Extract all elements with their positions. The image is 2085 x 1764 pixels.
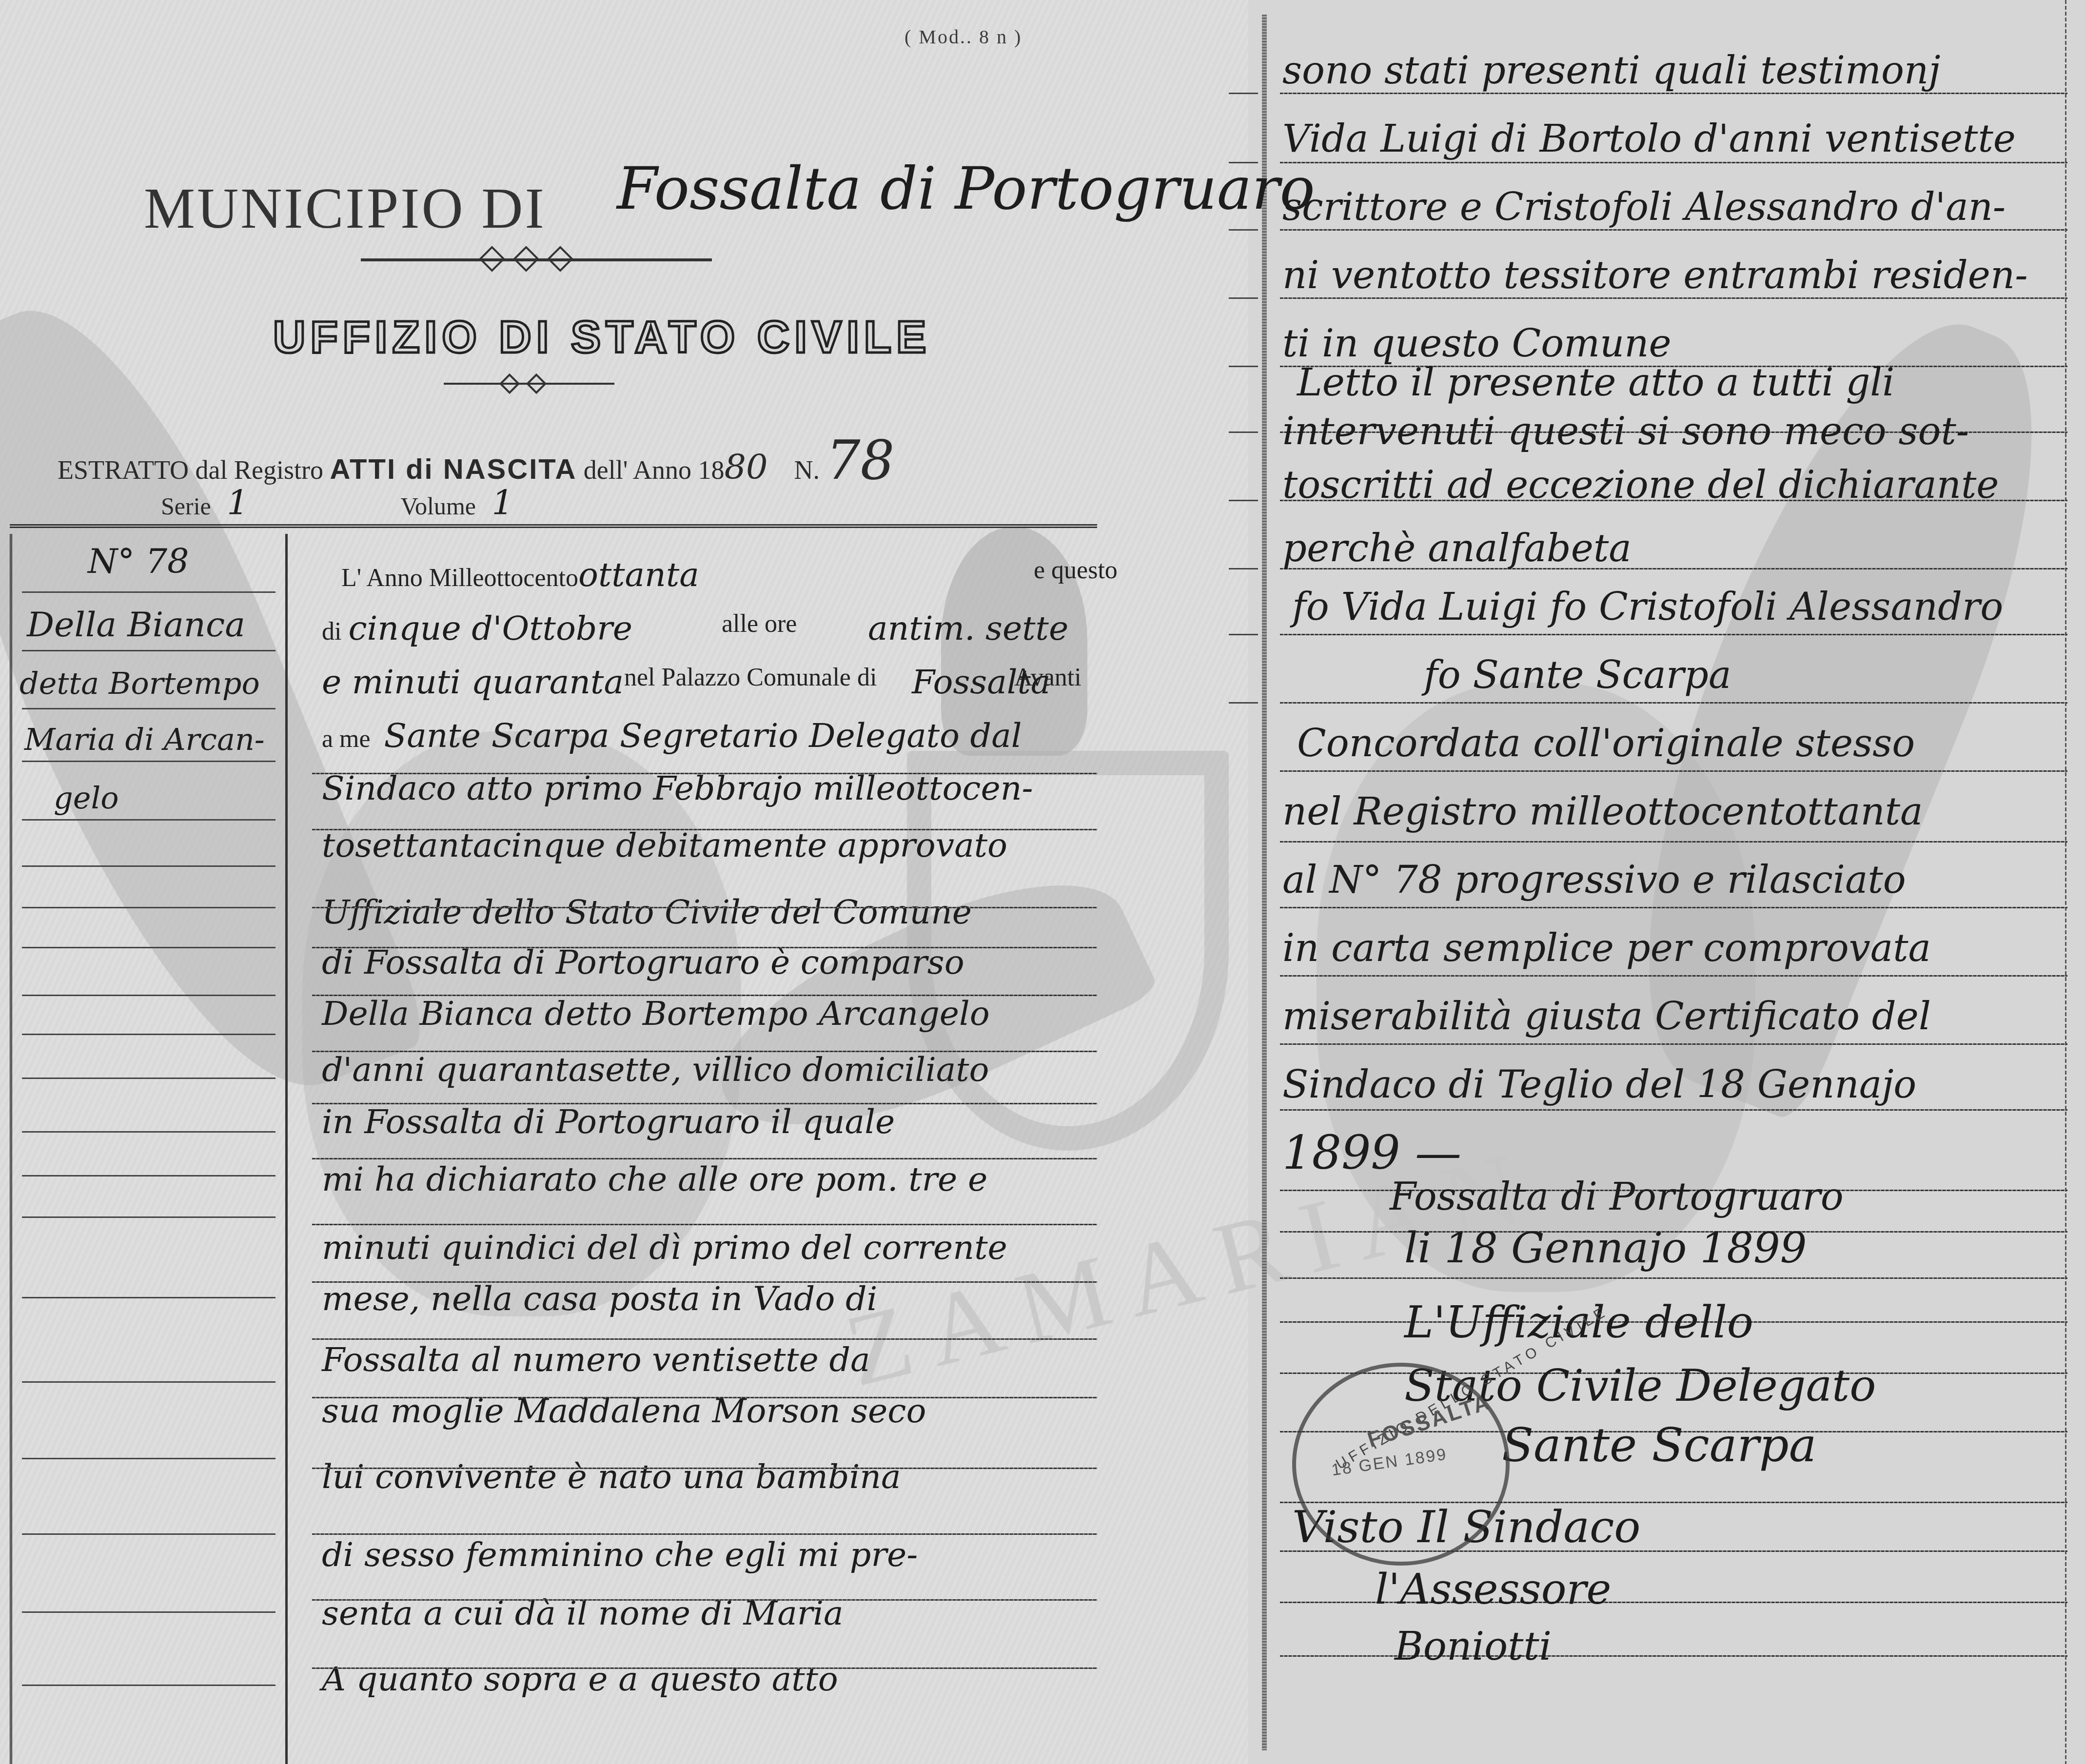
margin-entry-alias: detta Bortempo bbox=[20, 666, 260, 701]
officer-signature: Sante Scarpa bbox=[1502, 1419, 1816, 1472]
number-label: N. bbox=[794, 455, 820, 485]
right-line-18: 1899 — bbox=[1282, 1126, 1461, 1180]
right-line-8: toscritti ad eccezione del dichiarante bbox=[1282, 463, 1999, 507]
main-line-8: di Fossalta di Portogruaro è comparso bbox=[322, 943, 964, 982]
municipio-name: Fossalta di Portogruaro bbox=[617, 155, 1315, 223]
estratto-line: ESTRATTO dal Registro ATTI di NASCITA de… bbox=[58, 429, 895, 491]
serie-value: 1 bbox=[227, 483, 249, 523]
right-page-border bbox=[2065, 0, 2066, 1764]
register-name: ATTI di NASCITA bbox=[330, 453, 577, 485]
main-line-11: in Fossalta di Portogruaro il quale bbox=[322, 1103, 895, 1141]
main-line-17: lui convivente è nato una bambina bbox=[322, 1458, 901, 1496]
main-line-20: A quanto sopra e a questo atto bbox=[322, 1660, 838, 1699]
municipio-label: MUNICIPIO DI bbox=[144, 176, 546, 242]
main-line-9: Della Bianca detto Bortempo Arcangelo bbox=[322, 995, 990, 1033]
right-line-17: Sindaco di Teglio del 18 Gennajo bbox=[1282, 1063, 1916, 1107]
act-number: 78 bbox=[826, 429, 895, 491]
main-line-4: a me Sante Scarpa Segretario Delegato da… bbox=[322, 717, 1022, 755]
right-line-6: Letto il presente atto a tutti gli bbox=[1297, 361, 1894, 405]
assessore-label: l'Assessore bbox=[1375, 1565, 1611, 1614]
right-line-4: ni ventotto tessitore entrambi residen- bbox=[1282, 254, 2028, 297]
margin-entry-number: N° 78 bbox=[88, 541, 189, 581]
main-line-5: Sindaco atto primo Febbrajo milleottocen… bbox=[322, 769, 1033, 808]
main-line-6: tosettantacinque debitamente approvato bbox=[322, 826, 1007, 865]
main-line-10: d'anni quarantasette, villico domiciliat… bbox=[322, 1051, 989, 1089]
main-line-18: di sesso femminino che egli mi pre- bbox=[322, 1536, 918, 1574]
volume-label: Volume bbox=[400, 492, 476, 520]
right-line-3: scrittore e Cristofoli Alessandro d'an- bbox=[1282, 185, 2006, 229]
main-line-15: Fossalta al numero ventisette da bbox=[322, 1341, 870, 1379]
office-title: UFFIZIO DI STATO CIVILE bbox=[273, 312, 931, 363]
margin-entry-name-cont: gelo bbox=[54, 780, 119, 816]
margin-column bbox=[10, 534, 288, 1764]
right-line-2: Vida Luigi di Bortolo d'anni ventisette bbox=[1282, 117, 2016, 161]
page-fold bbox=[1262, 15, 1267, 1750]
year-label: dell' Anno 18 bbox=[584, 455, 725, 485]
volume-value: 1 bbox=[492, 483, 514, 523]
main-line-7: Uffiziale dello Stato Civile del Comune bbox=[322, 893, 972, 932]
right-line-12: Concordata coll'originale stesso bbox=[1297, 722, 1915, 765]
right-line-14: al N° 78 progressivo e rilasciato bbox=[1282, 858, 1906, 902]
place-line: Fossalta di Portogruaro bbox=[1390, 1175, 1844, 1219]
estratto-prefix: ESTRATTO dal Registro bbox=[58, 455, 323, 485]
serie-label: Serie bbox=[161, 492, 211, 520]
main-line-12: mi ha dichiarato che alle ore pom. tre e bbox=[322, 1160, 987, 1199]
main-line-13: minuti quindici del dì primo del corrent… bbox=[322, 1229, 1007, 1267]
right-line-7: intervenuti questi si sono meco sot- bbox=[1282, 410, 1969, 453]
main-line-14: mese, nella casa posta in Vado di bbox=[322, 1280, 877, 1318]
year-handwritten: 80 bbox=[725, 447, 768, 487]
right-line-16: miserabilità giusta Certificato del bbox=[1282, 995, 1931, 1039]
right-line-9: perchè analfabeta bbox=[1282, 527, 1632, 570]
right-line-5: ti in questo Comune bbox=[1282, 322, 1672, 366]
right-line-1: sono stati presenti quali testimonj bbox=[1282, 49, 1940, 93]
main-line-3: e minuti quaranta nel Palazzo Comunale d… bbox=[322, 663, 624, 702]
main-line-1: L' Anno Milleottocentoottanta e questo bbox=[341, 556, 699, 594]
right-line-13: nel Registro milleottocentottanta bbox=[1282, 790, 1923, 834]
right-line-10: fo Vida Luigi fo Cristofoli Alessandro bbox=[1292, 585, 2003, 629]
register-table bbox=[10, 524, 1097, 1764]
margin-entry-name: Maria di Arcan- bbox=[24, 722, 265, 757]
serie-volume-line: Serie 1 Volume 1 bbox=[161, 483, 523, 523]
margin-entry-surname: Della Bianca bbox=[27, 605, 245, 645]
date-line: li 18 Gennajo 1899 bbox=[1404, 1224, 1807, 1273]
main-line-2: di cinque d'Ottobre alle ore antim. sett… bbox=[322, 609, 632, 648]
right-line-15: in carta semplice per comprovata bbox=[1282, 926, 1931, 970]
right-line-11: fo Sante Scarpa bbox=[1424, 653, 1731, 697]
assessore-signature: Boniotti bbox=[1395, 1624, 1552, 1669]
form-code: ( Mod.. 8 n ) bbox=[905, 25, 1022, 48]
